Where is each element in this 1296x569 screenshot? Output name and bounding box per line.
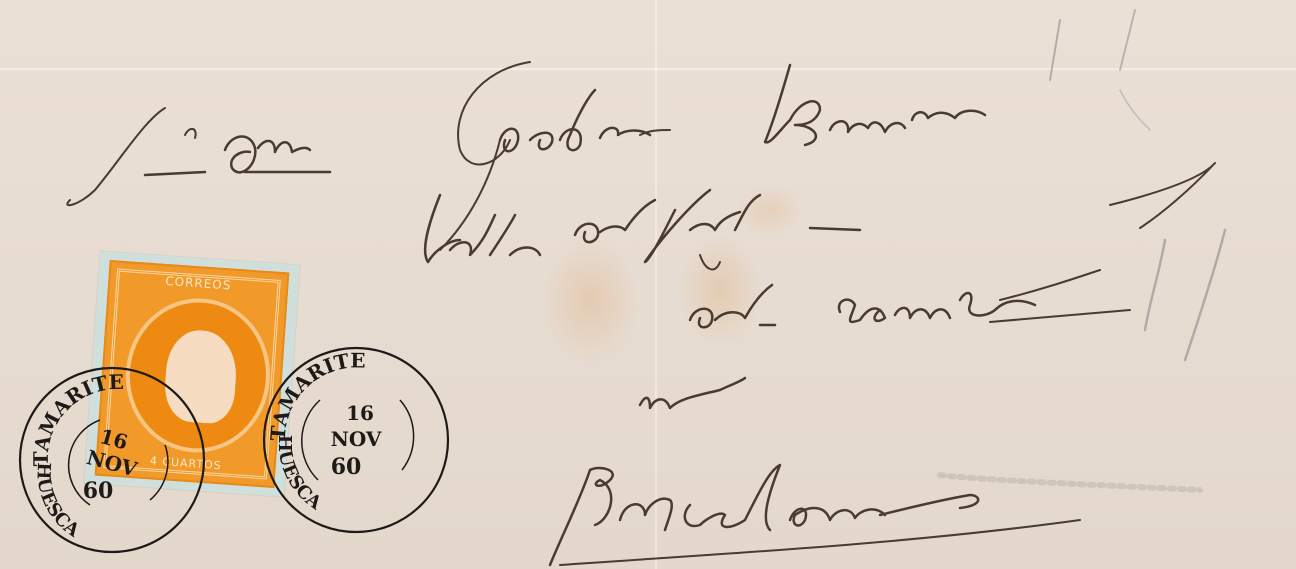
postmark-right-year: 60 <box>331 454 362 480</box>
postmark-right-month: NOV <box>331 427 382 451</box>
postmarks: TAMARITE 16 NOV 60 HUESCA TAMARITE 16 NO… <box>0 0 1296 569</box>
postmark-left: TAMARITE 16 NOV 60 HUESCA <box>15 367 204 552</box>
postmark-right-day: 16 <box>346 401 374 425</box>
postmark-left-month: NOV <box>84 445 140 481</box>
postmark-left-year: 60 <box>83 478 114 504</box>
postal-cover: Sr. Dn. Pedro Baurier Calle del Mull - d… <box>0 0 1296 569</box>
postmark-right: TAMARITE 16 NOV 60 HUESCA <box>257 347 448 532</box>
